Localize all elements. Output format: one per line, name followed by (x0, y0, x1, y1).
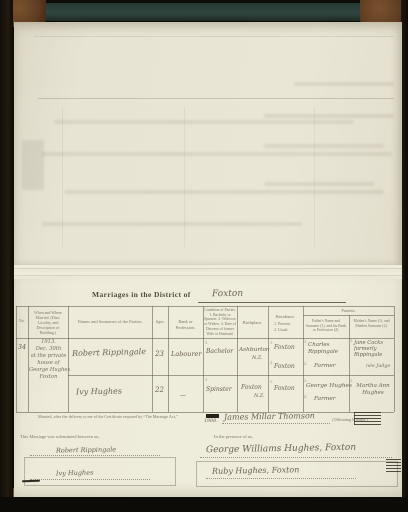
show-through (42, 222, 302, 226)
cell-mark: 2. (304, 394, 307, 399)
cell-mark: 2. (270, 360, 273, 365)
groom-age: 23 (155, 350, 164, 358)
bride-residence-present: Foxton (274, 385, 295, 392)
district-name: Foxton (212, 289, 243, 300)
col-header-no: No. (16, 318, 28, 323)
when-line: 1913. (29, 339, 68, 346)
groom-residence-present: Foxton (274, 344, 295, 351)
minister-signature: James Millar Thomson (224, 411, 315, 422)
title-rule (198, 302, 346, 303)
when-line: Dec. 30th (29, 346, 68, 353)
struck-out-year (206, 414, 219, 418)
table-border (168, 306, 169, 412)
register-photo: Marriages in the District of Foxton No. … (0, 0, 408, 512)
cell-mark: 1. (205, 340, 208, 345)
table-border (16, 306, 394, 307)
table-border (68, 375, 394, 376)
signature-line (200, 457, 392, 458)
col-header-residence-present: 1. Present. (270, 321, 305, 326)
bride-rank: — (180, 392, 186, 399)
show-through (264, 144, 384, 148)
when-line: at the private (29, 353, 68, 360)
witness-signature-2: Ruby Hughes, Foxton (212, 465, 299, 476)
signature-line (206, 478, 356, 479)
show-through (42, 152, 392, 156)
page-title: Marriages in the District of (92, 290, 191, 299)
col-header-when: When and Where Married. (Date, Locality,… (29, 310, 67, 335)
table-border (16, 412, 394, 413)
col-header-condition: Condition of Parties. 1. Bachelor or Spi… (204, 308, 236, 336)
cell-mark: 1. (304, 339, 307, 344)
presence-label: In the presence of us, (214, 434, 253, 440)
col-header-residence-usual: 2. Usual. (270, 327, 305, 332)
col-header-father: Father's Name and Surname (1), and his R… (305, 319, 347, 333)
cell-mark: 1. (205, 377, 208, 382)
signature-line (30, 479, 150, 480)
bride-condition: Spinster (206, 386, 232, 393)
solemnized-label: This Marriage was solemnized between us, (20, 434, 99, 440)
table-border (16, 338, 394, 339)
minister-signature-line (222, 423, 330, 424)
when-line: Foxton (29, 374, 68, 381)
bride-father-name: George Hughes (306, 383, 352, 389)
binding-cloth-top (26, 3, 382, 21)
when-line: house of (29, 360, 68, 367)
table-border (68, 306, 69, 412)
groom-mother-note: née Judge (366, 364, 390, 369)
col-header-names: Names and Surnames of the Parties. (70, 319, 150, 325)
act-year: 1908. (204, 419, 218, 424)
married-certificate-line: Married, after the delivery to me of the… (38, 414, 206, 419)
col-header-ages: Ages. (152, 319, 168, 324)
couple-signature-box (24, 457, 176, 486)
upper-page (14, 22, 402, 265)
bride-age: 22 (155, 386, 164, 394)
col-header-parents: Parents. (303, 308, 394, 314)
groom-father-rank: Farmer (314, 363, 336, 369)
bride-birthplace: Foxton (241, 384, 262, 391)
cell-mark: 1. (270, 379, 273, 384)
book-spine (0, 0, 13, 512)
col-header-rank: Rank or Profession. (170, 319, 201, 330)
groom-condition: Bachelor (206, 348, 233, 355)
bride-father-rank: Farmer (314, 396, 336, 402)
bride-name: Ivy Hughes (76, 387, 122, 397)
show-through-rule (184, 107, 185, 247)
col-header-mother: Mother's Name (1), and Maiden Surname (2… (351, 319, 392, 328)
show-through-rule (314, 107, 315, 247)
groom-residence-usual: Foxton (274, 363, 295, 370)
when-line: George Hughes (29, 367, 68, 374)
page-stack-edge (14, 265, 402, 279)
groom-signature: Robert Rippingale (56, 445, 116, 454)
bride-mother-name: Martha Ann Hughes (354, 383, 392, 397)
record-number: 34 (15, 343, 29, 351)
registrar-stamp (354, 412, 381, 425)
cell-mark: 1. (270, 340, 273, 345)
bride-birthplace-country: N.Z. (254, 393, 265, 399)
bride-signature: Ivy Hughes (56, 469, 94, 478)
table-border (349, 315, 350, 412)
cell-mark: 1. (350, 378, 353, 383)
photo-bottom-border (0, 497, 408, 512)
page-block-right-edge (401, 0, 408, 512)
show-through (54, 120, 354, 124)
groom-father-name: Charles Rippingale (308, 342, 346, 355)
col-header-birthplace: Birthplace. (238, 320, 267, 326)
show-through (22, 140, 44, 190)
show-through (64, 190, 384, 194)
upper-page-rule (38, 98, 394, 99)
show-through (264, 114, 394, 118)
when-where-cell: 1913. Dec. 30th at the private house of … (29, 339, 68, 381)
table-border (394, 306, 395, 412)
groom-name: Robert Rippingale (72, 347, 146, 358)
show-through (264, 182, 374, 186)
table-border (268, 306, 269, 412)
cell-mark: 1. (350, 338, 353, 343)
show-through (294, 82, 394, 86)
col-header-residence: Residence. (270, 314, 301, 320)
groom-birthplace: Ashburton (239, 347, 270, 353)
signature-line (30, 455, 160, 456)
edge-stamp (386, 459, 401, 474)
groom-rank: Labourer (171, 350, 202, 358)
upper-page-crease (34, 36, 394, 37)
groom-mother-name: Jane Cocks formerly Rippingale (354, 340, 392, 358)
cell-mark: 2. (304, 361, 307, 366)
groom-birthplace-country: N.Z. (252, 355, 263, 361)
show-through-rule (62, 107, 63, 247)
